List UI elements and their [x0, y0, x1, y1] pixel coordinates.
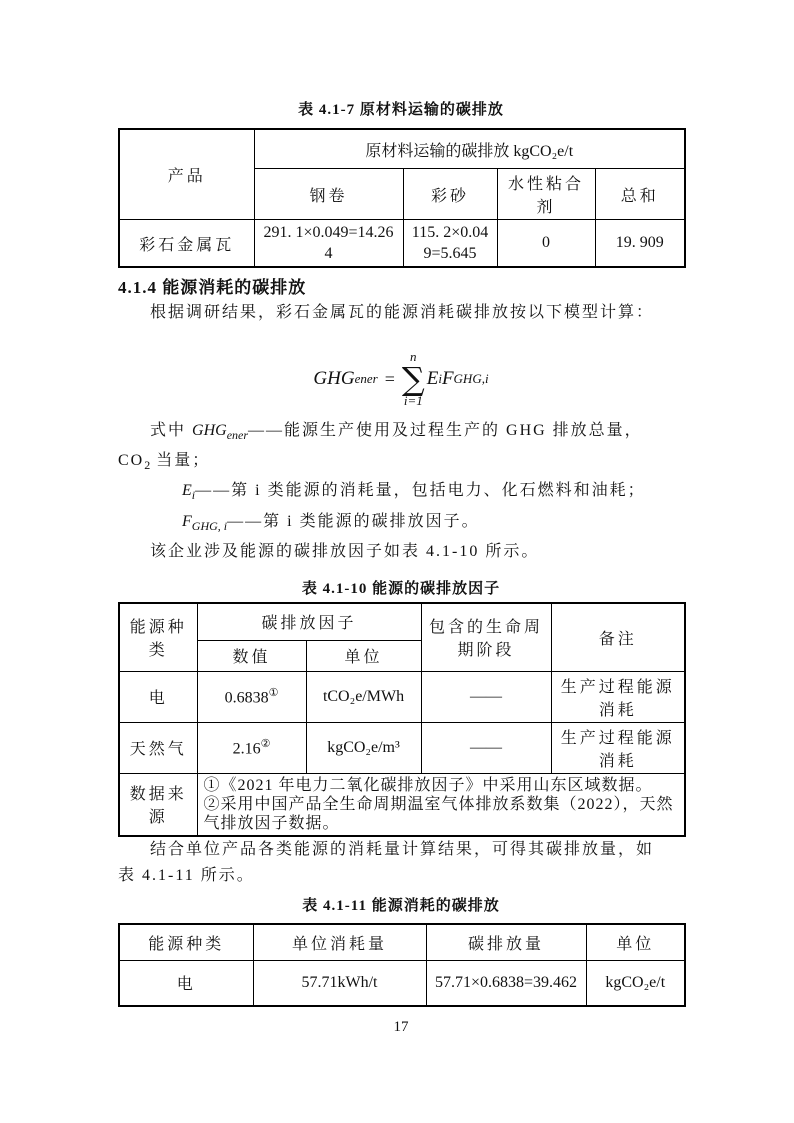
header-unit: 单位	[306, 640, 421, 671]
header-colored-sand: 彩砂	[403, 169, 497, 220]
factor-number: 2.16	[233, 740, 261, 757]
formula-lhs-subscript: ener	[355, 371, 378, 387]
header-adhesive: 水性粘合剂	[497, 169, 595, 220]
table-row: 产品 原材料运输的碳排放 kgCO₂e/t	[119, 129, 685, 169]
explain-ghg-var: GHG	[192, 422, 227, 439]
co2-text: 当量；	[150, 452, 210, 469]
fghg-sub: GHG, i	[192, 519, 227, 533]
table-4-1-10-title: 表 4.1-10 能源的碳排放因子	[118, 579, 684, 599]
table-row: 能源种类 单位消耗量 碳排放量 单位	[119, 924, 685, 961]
explain-ghg-text: ——能源生产使用及过程生产的 GHG 排放总量，	[248, 422, 643, 439]
header-steel-coil: 钢卷	[254, 169, 403, 220]
cell-remark: 生产过程能源消耗	[551, 722, 685, 773]
result-paragraph-line1: 结合单位产品各类能源的消耗量计算结果，可得其碳排放量，如	[118, 837, 684, 863]
cell-consumption: 57.71kWh/t	[253, 960, 426, 1006]
cell-source-label: 数据来源	[119, 773, 197, 836]
table-row: 彩石金属瓦 291. 1×0.049=14.26 4 115. 2×0.04 9…	[119, 220, 685, 268]
cell-source-text: ①《2021 年电力二氧化碳排放因子》中采用山东区域数据。 ②采用中国产品全生命…	[197, 773, 685, 836]
header-lifecycle-stage: 包含的生命周期阶段	[421, 603, 551, 672]
intro-paragraph: 根据调研结果，彩石金属瓦的能源消耗碳排放按以下模型计算：	[118, 300, 684, 326]
cell-factor-unit: kgCO₂e/m³	[306, 722, 421, 773]
cell-energy-electricity: 电	[119, 671, 197, 722]
cell-factor-value: 0.6838①	[197, 671, 306, 722]
header-emission-factor: 碳排放因子	[197, 603, 421, 641]
table-4-1-11: 能源种类 单位消耗量 碳排放量 单位 电 57.71kWh/t 57.71×0.…	[118, 923, 686, 1007]
header-carbon-emission: 碳排放量	[426, 924, 586, 961]
explain-line-ei: Ei——第 i 类能源的消耗量，包括电力、化石燃料和油耗；	[118, 478, 684, 508]
header-unit-consumption: 单位消耗量	[253, 924, 426, 961]
explain-line-ghg: 式中 GHGener——能源生产使用及过程生产的 GHG 排放总量，	[118, 418, 684, 448]
footnote-2-icon: ②	[261, 738, 271, 750]
section-heading: 4.1.4 能源消耗的碳排放	[118, 276, 684, 300]
cell-factor-value: 2.16②	[197, 722, 306, 773]
header-remark: 备注	[551, 603, 685, 672]
header-energy-type: 能源种类	[119, 603, 197, 672]
ei-text: ——第 i 类能源的消耗量，包括电力、化石燃料和油耗；	[195, 482, 645, 499]
table-4-1-10: 能源种类 碳排放因子 包含的生命周期阶段 备注 数值 单位 电 0.6838① …	[118, 602, 686, 837]
explain-prefix: 式中	[150, 422, 192, 439]
cell-sand-value: 115. 2×0.04 9=5.645	[403, 220, 497, 268]
ei-var: E	[182, 482, 192, 499]
table-4-1-7-title: 表 4.1-7 原材料运输的碳排放	[118, 100, 684, 120]
cell-remark: 生产过程能源消耗	[551, 671, 685, 722]
fghg-text: ——第 i 类能源的碳排放因子。	[227, 513, 479, 530]
footnote-1-icon: ①	[269, 687, 279, 699]
summation-symbol: n ∑ i=1	[402, 350, 425, 408]
page-number: 17	[118, 1019, 684, 1036]
cell-steel-value: 291. 1×0.049=14.26 4	[254, 220, 403, 268]
formula-ghg-ener: GHGener = n ∑ i=1 Ei FGHG,i	[118, 340, 684, 418]
factor-reference-paragraph: 该企业涉及能源的碳排放因子如表 4.1-10 所示。	[118, 539, 684, 565]
table-row: 能源种类 碳排放因子 包含的生命周期阶段 备注	[119, 603, 685, 641]
explain-ghg-sub: ener	[227, 428, 248, 442]
header-value: 数值	[197, 640, 306, 671]
cell-emission-calc: 57.71×0.6838=39.462	[426, 960, 586, 1006]
factor-number: 0.6838	[225, 689, 269, 706]
fghg-var: F	[182, 513, 192, 530]
cell-energy-electricity: 电	[119, 960, 253, 1006]
result-paragraph-line2: 表 4.1-11 所示。	[118, 863, 684, 889]
table-row: 电 57.71kWh/t 57.71×0.6838=39.462 kgCO₂e/…	[119, 960, 685, 1006]
explain-line-co2: CO2 当量；	[118, 448, 684, 478]
table-row: 数据来源 ①《2021 年电力二氧化碳排放因子》中采用山东区域数据。 ②采用中国…	[119, 773, 685, 836]
cell-product: 彩石金属瓦	[119, 220, 254, 268]
formula-e-term: E	[427, 368, 439, 390]
page-content: 表 4.1-7 原材料运输的碳排放 产品 原材料运输的碳排放 kgCO₂e/t …	[118, 0, 684, 1036]
formula-lhs: GHG	[313, 368, 354, 390]
cell-energy-gas: 天然气	[119, 722, 197, 773]
header-product: 产品	[119, 129, 254, 220]
table-4-1-7: 产品 原材料运输的碳排放 kgCO₂e/t 钢卷 彩砂 水性粘合剂 总和 彩石金…	[118, 128, 686, 268]
table-row: 天然气 2.16② kgCO₂e/m³ —— 生产过程能源消耗	[119, 722, 685, 773]
document-page: 表 4.1-7 原材料运输的碳排放 产品 原材料运输的碳排放 kgCO₂e/t …	[0, 0, 794, 1123]
header-transport-emission: 原材料运输的碳排放 kgCO₂e/t	[254, 129, 685, 169]
formula-f-subscript: GHG,i	[454, 371, 489, 387]
cell-stage: ——	[421, 722, 551, 773]
table-row: 电 0.6838① tCO₂e/MWh —— 生产过程能源消耗	[119, 671, 685, 722]
sum-lower-limit: i=1	[404, 394, 423, 408]
cell-stage: ——	[421, 671, 551, 722]
cell-adhesive-value: 0	[497, 220, 595, 268]
explain-line-fghg: FGHG, i——第 i 类能源的碳排放因子。	[118, 509, 684, 539]
sigma-icon: ∑	[402, 364, 425, 394]
formula-equals: =	[385, 369, 395, 390]
header-energy-type: 能源种类	[119, 924, 253, 961]
cell-emission-unit: kgCO₂e/t	[586, 960, 685, 1006]
header-unit: 单位	[586, 924, 685, 961]
table-4-1-11-title: 表 4.1-11 能源消耗的碳排放	[118, 896, 684, 916]
formula-f-term: F	[442, 368, 454, 390]
header-total: 总和	[595, 169, 685, 220]
cell-factor-unit: tCO₂e/MWh	[306, 671, 421, 722]
co2-prefix: CO	[118, 452, 144, 469]
cell-total-value: 19. 909	[595, 220, 685, 268]
